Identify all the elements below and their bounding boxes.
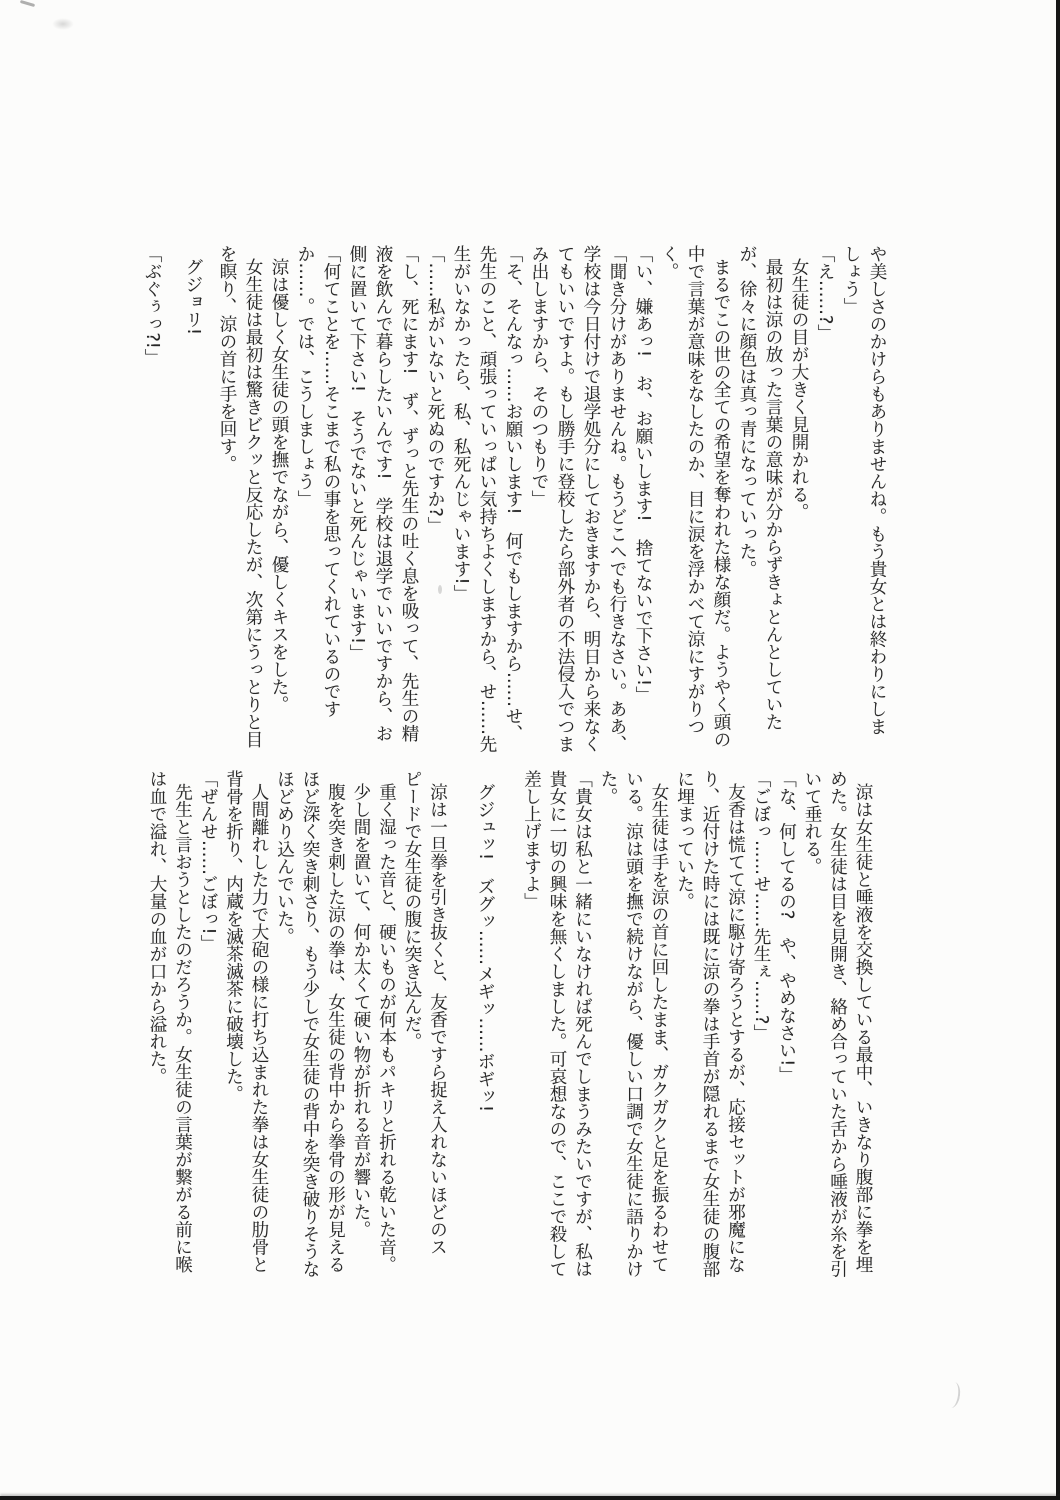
text-column: 先生と言おうとしたのだろうか。女生徒の言葉が繋がる前に喉 [169,770,195,1302]
text-column: り、近付けた時には既に涼の拳は手首が隠れるまで女生徒の腹部 [697,770,723,1302]
text-column: に埋まっていた。 [671,770,697,1302]
text-column: 「貴女は私と一緒にいなければ死んでしまうみたいですが、私は [569,770,595,1302]
text-column: めた。女生徒は目を見開き、絡め合っていた舌から唾液が糸を引 [824,770,850,1302]
text-column: 生がいなかったら、私、私死んじゃいます!」 [448,245,474,767]
text-column: 背骨を折り、内蔵を滅茶滅茶に破壊した。 [220,770,246,1302]
text-column: み出しますから、そのつもりで」 [526,245,552,767]
text-column: ほど深く突き刺さり、もう少しで女生徒の背中を突き破りそうな [297,770,323,1302]
top-text-block: や美しさのかけらもありませんね。もう貴女とは終わりにしましょう」「え……?」女生… [139,245,890,767]
text-column: 「え……?」 [812,245,838,767]
text-column: 「ぜんせ……ごぼっ!」 [195,770,221,1302]
scanned-page: や美しさのかけらもありませんね。もう貴女とは終わりにしましょう」「え……?」女生… [0,0,1060,1500]
text-column: 「な、何してるの? や、やめなさい!」 [773,770,799,1302]
scan-smudge-topleft-soft [52,18,74,30]
text-column: 重く湿った音と、硬いものが何本もパキリと折れる乾いた音。 [373,770,399,1302]
text-column: 先生のこと、頑張っていっぱい気持ちよくしますから、せ……先 [474,245,500,767]
scan-edge-right [1056,0,1060,1500]
text-column: 貴女に一切の興味を無くしました。可哀想なので、ここで殺して [544,770,570,1302]
text-column: 「何てことを……そこまで私の事を思ってくれているのです [318,245,344,767]
text-column: 女生徒の目が大きく見開かれる。 [786,245,812,767]
text-column: 「聞き分けがありませんね。もうどこへでも行きなさい。ああ、 [604,245,630,767]
text-column: 少し間を置いて、何か太くて硬い物が折れる音が響いた。 [348,770,374,1302]
text-column: 「そ、そんなっ……お願いします! 何でもしますから……せ、 [500,245,526,767]
text-column: てもいいですよ。もし勝手に登校したら部外者の不法侵入でつま [552,245,578,767]
text-column: 「し、死にます! ず、ずっと先生の吐く息を吸って、先生の精 [396,245,422,767]
text-column: 「ぶぐぅっ?!」 [139,245,165,767]
text-column: いる。涼は頭を撫で続けながら、優しい口調で女生徒に語りかけ [620,770,646,1302]
scan-speck-center [438,585,442,594]
text-column: グジョリ! [180,245,206,767]
text-column: 女生徒は手を涼の首に回したまま、ガクガクと足を振るわせて [646,770,672,1302]
text-column: 女生徒は最初は驚きビクッと反応したが、次第にうっとりと目 [240,245,266,767]
text-column: は血で溢れ、大量の血が口から溢れた。 [144,770,170,1302]
text-column: 涼は女生徒と唾液を交換している最中、いきなり腹部に拳を埋 [850,770,876,1302]
text-column: た。 [595,770,621,1302]
text-column: 最初は涼の放った言葉の意味が分からずきょとんとしていた [760,245,786,767]
text-column: 涼は優しく女生徒の頭を撫でながら、優しくキスをした。 [266,245,292,767]
scan-smudge-bottomright [946,1381,962,1408]
text-column: 「……私がいないと死ぬのですか?」 [422,245,448,767]
text-column: 差し上げますよ」 [518,770,544,1302]
text-column: や美しさのかけらもありませんね。もう貴女とは終わりにしま [864,245,890,767]
text-column: 腹を突き刺した涼の拳は、女生徒の背中から拳骨の形が見える [322,770,348,1302]
text-column: 側に置いて下さい! そうでないと死んじゃいます!」 [344,245,370,767]
text-column: いて垂れる。 [799,770,825,1302]
text-column: 中で言葉が意味をなしたのか、目に涙を浮かべて涼にすがりつ [682,245,708,767]
text-column: 「ごぼっ……せ……先生ぇ……?」 [748,770,774,1302]
text-column: ほどめり込んでいた。 [271,770,297,1302]
bottom-text-block: 涼は女生徒と唾液を交換している最中、いきなり腹部に拳を埋めた。女生徒は目を見開き… [144,770,876,1302]
text-column: 液を飲んで暮らしたいんです! 学校は退学でいいですから、お [370,245,396,767]
text-column: 友香は慌てて涼に駆け寄ろうとするが、応接セットが邪魔にな [722,770,748,1302]
text-column: 人間離れした力で大砲の様に打ち込まれた拳は女生徒の肋骨と [246,770,272,1302]
text-column: しょう」 [838,245,864,767]
text-column: を瞑り、涼の首に手を回す。 [214,245,240,767]
text-column: 学校は今日付けで退学処分にしておきますから、明日から来なく [578,245,604,767]
scan-smudge-topleft-slash [20,0,35,7]
text-column: 涼は一旦拳を引き抜くと、友香ですら捉え入れないほどのス [424,770,450,1302]
scan-edge-bottom [0,1496,1060,1500]
text-column: 「い、嫌あっ! お、お願いします! 捨てないで下さい!」 [630,245,656,767]
text-column: く。 [656,245,682,767]
text-column: が、徐々に顔色は真っ青になっていった。 [734,245,760,767]
text-column: か……。では、こうしましょう」 [292,245,318,767]
text-column: グジュッ! ズグッ……メギッ……ボギッ! [472,770,498,1302]
text-column: まるでこの世の全ての希望を奪われた様な顔だ。ようやく頭の [708,245,734,767]
text-column: ピードで女生徒の腹に突き込んだ。 [399,770,425,1302]
